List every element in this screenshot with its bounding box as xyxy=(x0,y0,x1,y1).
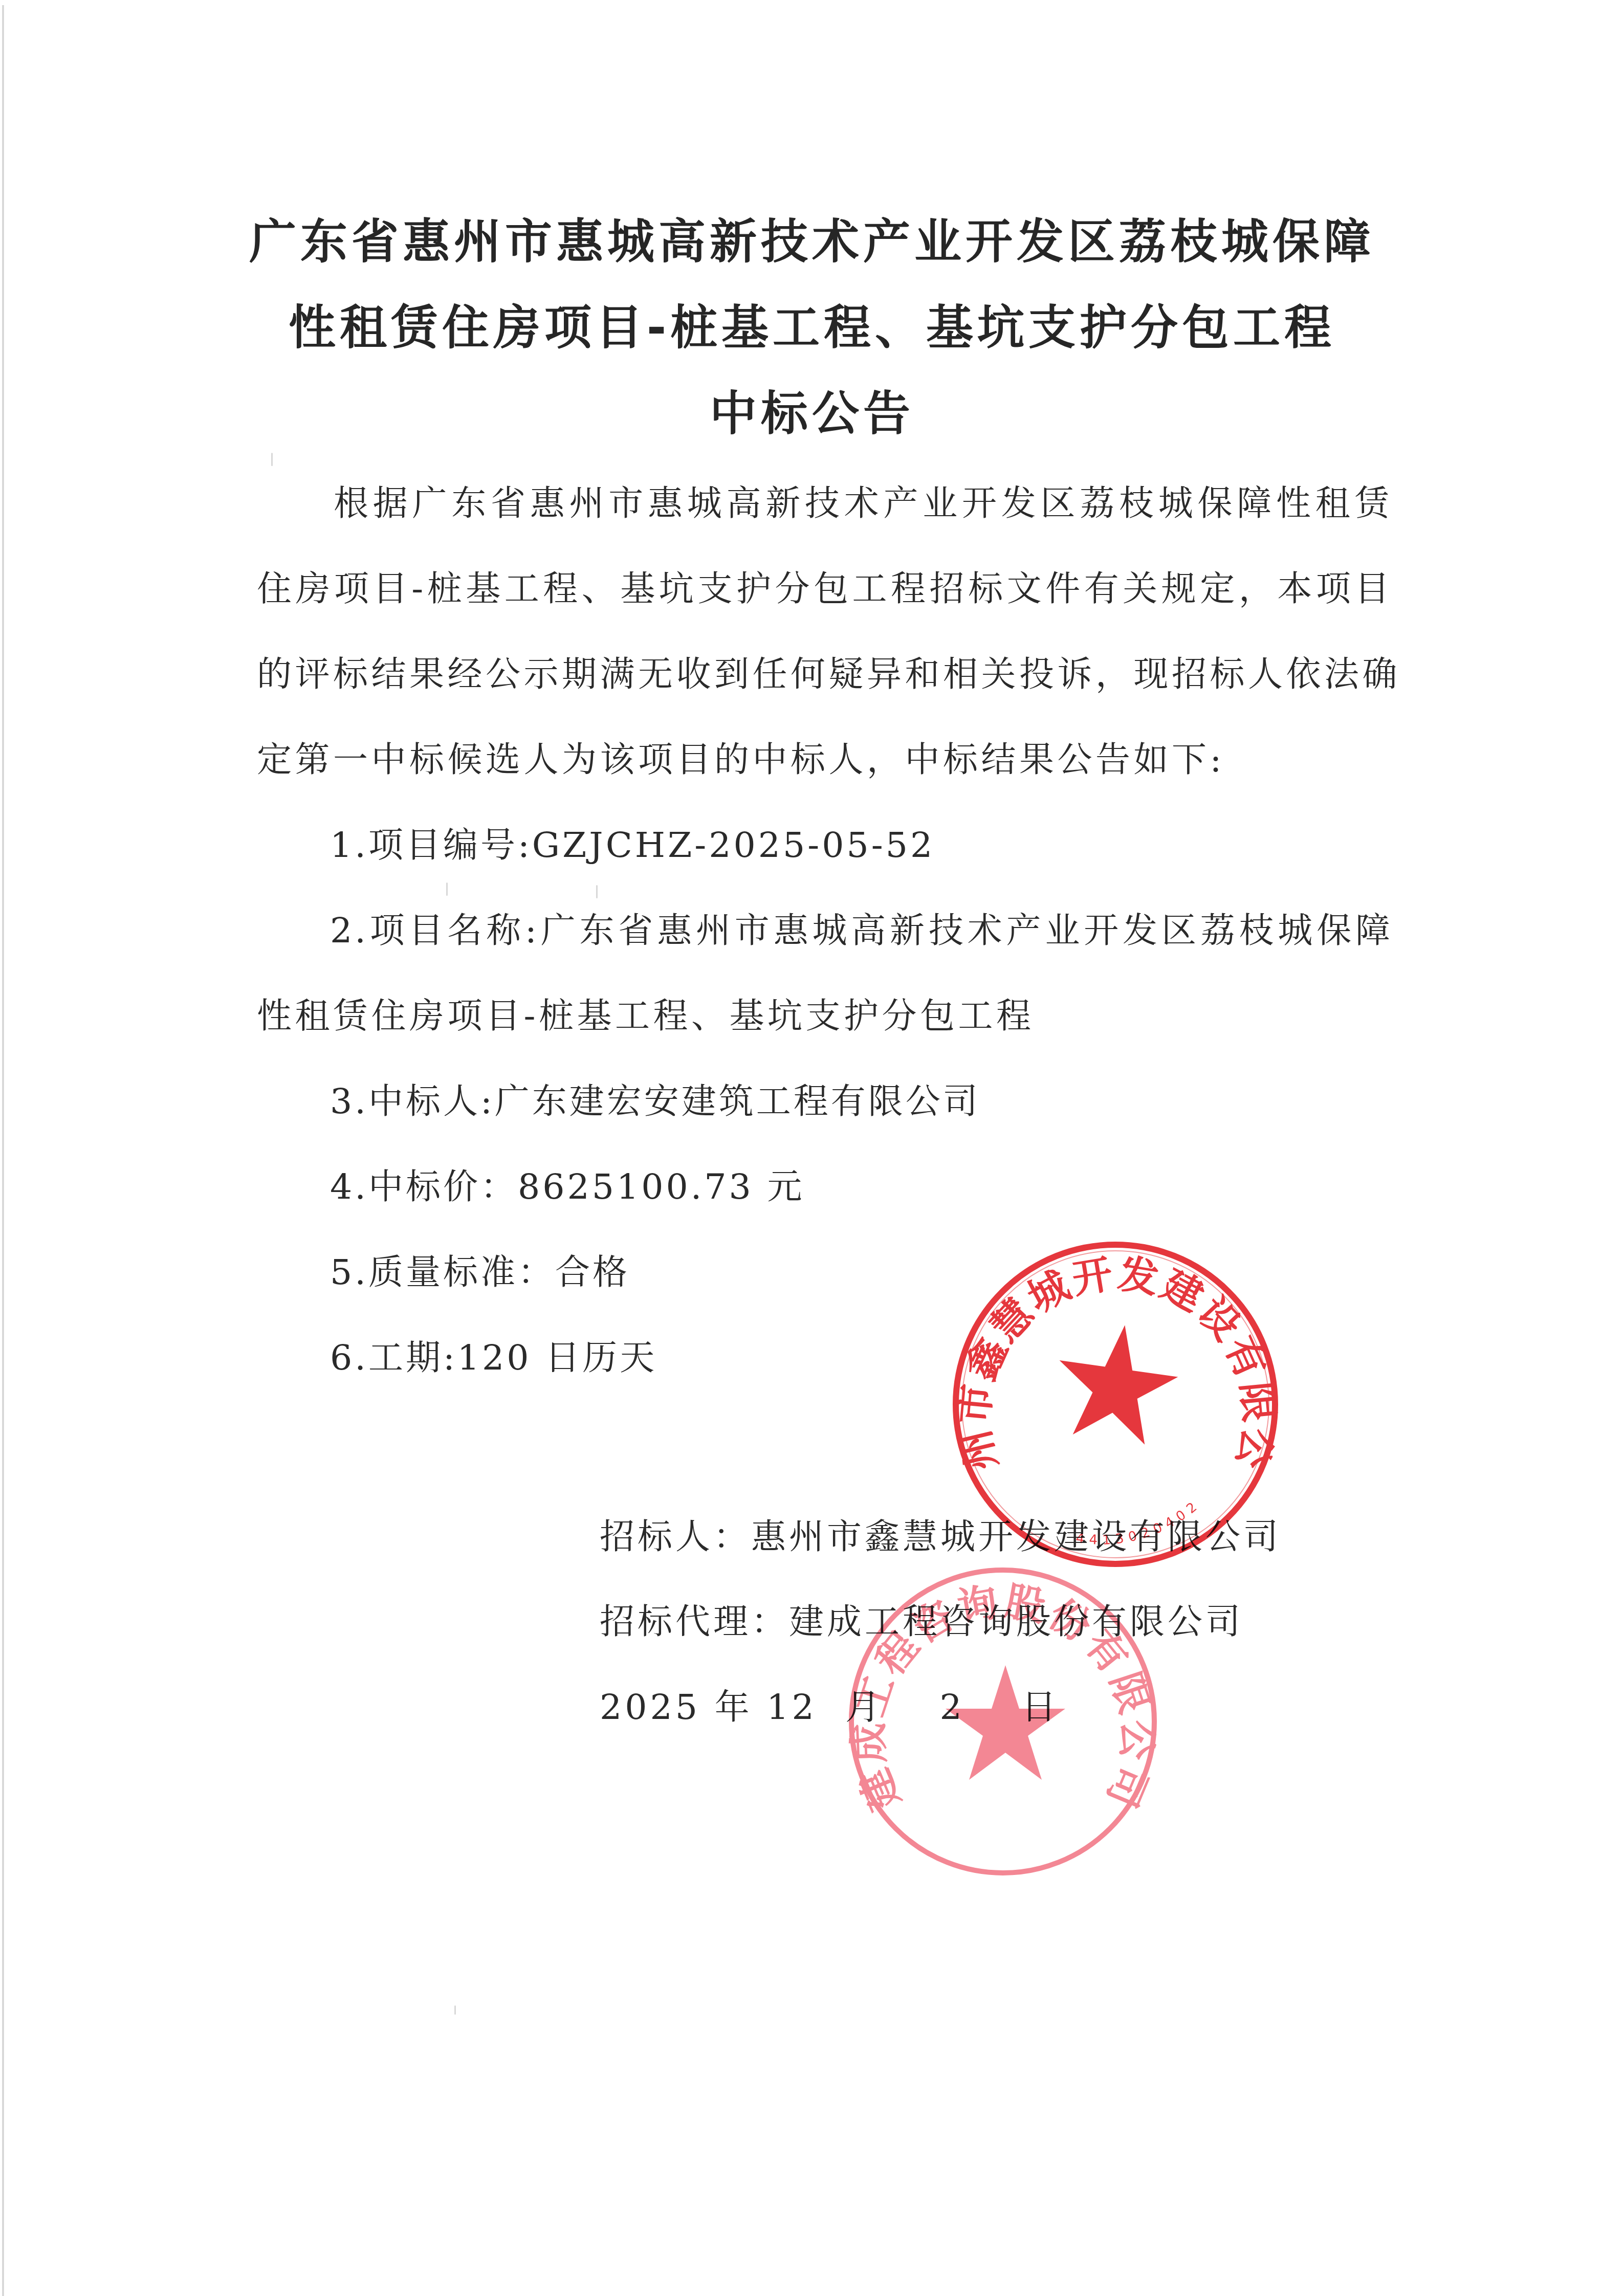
item-winner: 3.中标人:广东建宏安建筑工程有限公司 xyxy=(330,1076,980,1128)
item-project-name-label: 2.项目名称: xyxy=(330,911,539,951)
item-project-number-value: GZJCHZ-2025-05-52 xyxy=(532,825,935,866)
signature-date: 2025 年 12 月 2 日 xyxy=(600,1682,1059,1733)
star-icon xyxy=(1049,1317,1184,1448)
item-quality-label: 5.质量标准： xyxy=(330,1252,555,1293)
signature-tenderer: 招标人：惠州市鑫慧城开发建设有限公司 xyxy=(600,1512,1281,1563)
item-winner-label: 3.中标人: xyxy=(330,1081,495,1122)
item-duration-value: 120 日历天 xyxy=(457,1338,657,1378)
item-price: 4.中标价：8625100.73 元 xyxy=(330,1162,805,1213)
tenderer-name: 惠州市鑫慧城开发建设有限公司 xyxy=(751,1517,1281,1557)
intro-line-1: 根据广东省惠州市惠城高新技术产业开发区荔枝城保障性租赁 xyxy=(334,478,1393,529)
scan-speck xyxy=(446,882,448,896)
item-winner-value: 广东建宏安建筑工程有限公司 xyxy=(495,1081,980,1122)
item-duration: 6.工期:120 日历天 xyxy=(330,1333,657,1384)
item-price-label: 4.中标价： xyxy=(330,1167,518,1207)
agent-label: 招标代理： xyxy=(600,1602,789,1642)
item-quality-value: 合格 xyxy=(555,1252,630,1293)
svg-text:惠州市鑫慧城开发建设有限公司: 惠州市鑫慧城开发建设有限公司 xyxy=(948,1237,1282,1475)
item-project-name: 2.项目名称:广东省惠州市惠城高新技术产业开发区荔枝城保障 xyxy=(330,906,1393,957)
item-quality: 5.质量标准：合格 xyxy=(330,1247,630,1298)
page-title-line-3: 中标公告 xyxy=(0,386,1624,442)
item-project-name-value-1: 广东省惠州市惠城高新技术产业开发区荔枝城保障 xyxy=(539,911,1393,951)
scan-speck xyxy=(271,453,273,466)
signature-agent: 招标代理：建成工程咨询股份有限公司 xyxy=(600,1597,1243,1648)
item-project-name-cont: 性租赁住房项目-桩基工程、基坑支护分包工程 xyxy=(257,991,1393,1042)
intro-line-4: 定第一中标候选人为该项目的中标人，中标结果公告如下: xyxy=(257,735,1393,786)
page-title-line-2: 性租赁住房项目-桩基工程、基坑支护分包工程 xyxy=(0,300,1624,356)
intro-line-2: 住房项目-桩基工程、基坑支护分包工程招标文件有关规定，本项目 xyxy=(257,564,1393,615)
item-duration-label: 6.工期: xyxy=(330,1338,457,1378)
intro-line-3: 的评标结果经公示期满无收到任何疑异和相关投诉，现招标人依法确 xyxy=(257,649,1393,700)
item-project-number-label: 1.项目编号: xyxy=(330,825,532,866)
page-title-line-1: 广东省惠州市惠城高新技术产业开发区荔枝城保障 xyxy=(0,214,1624,270)
tenderer-label: 招标人： xyxy=(600,1517,751,1557)
scan-speck xyxy=(596,885,598,898)
item-project-number: 1.项目编号:GZJCHZ-2025-05-52 xyxy=(330,820,935,871)
item-price-value: 8625100.73 元 xyxy=(518,1167,805,1207)
agent-name: 建成工程咨询股份有限公司 xyxy=(789,1602,1243,1642)
scan-speck xyxy=(454,2005,456,2015)
